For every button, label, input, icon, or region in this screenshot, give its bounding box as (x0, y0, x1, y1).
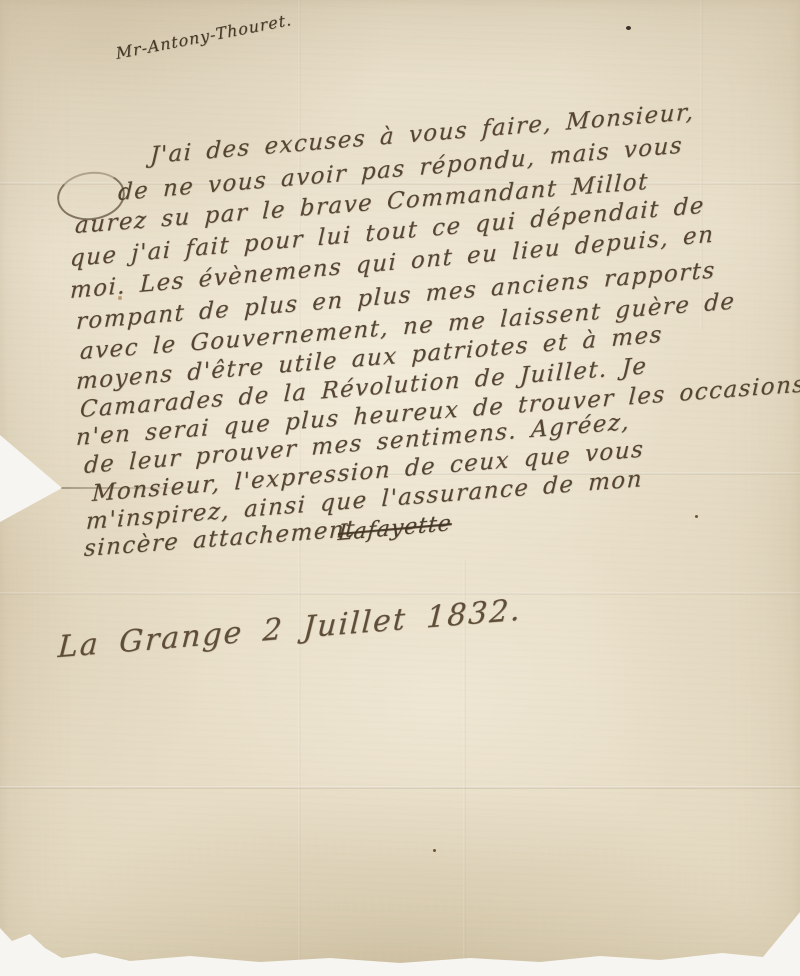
dateline: La Grange 2 Juillet 1832. (57, 593, 523, 666)
stain-speck (433, 849, 436, 852)
scan-background: Mr-Antony-Thouret. J'ai des excuses à vo… (0, 0, 800, 976)
recipient-annotation: Mr-Antony-Thouret. (115, 10, 293, 63)
stain-speck (695, 515, 698, 518)
crease-mid (0, 592, 800, 595)
ink-speck (626, 26, 631, 30)
letter-paper: Mr-Antony-Thouret. J'ai des excuses à vo… (0, 0, 800, 976)
crease-lower (0, 786, 800, 789)
